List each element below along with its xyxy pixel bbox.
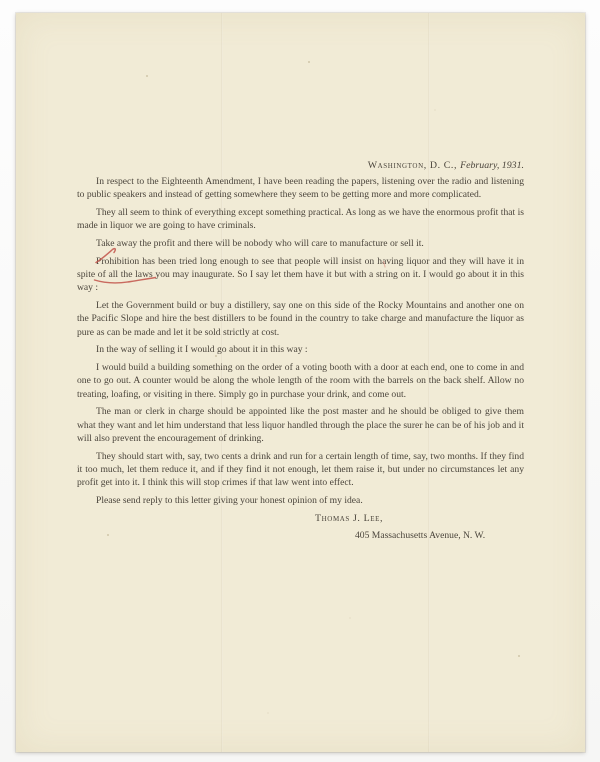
letter-paragraph: Take away the profit and there will be n… — [77, 237, 524, 250]
letter-paragraph: The man or clerk in charge should be app… — [77, 405, 524, 445]
letter-paragraph: Let the Government build or buy a distil… — [77, 299, 524, 339]
letter-paragraph: Prohibition has been tried long enough t… — [77, 255, 524, 295]
letter-paragraph: In the way of selling it I would go abou… — [77, 343, 524, 356]
letter-paragraph: In respect to the Eighteenth Amendment, … — [77, 175, 524, 201]
letter-paragraph: They should start with, say, two cents a… — [77, 450, 524, 490]
scan-background: Washington, D. C.,February, 1931. In res… — [0, 0, 600, 762]
letter-paragraph: I would build a building something on th… — [77, 361, 524, 401]
paper-speckles — [16, 13, 18, 15]
letter-paper: Washington, D. C.,February, 1931. In res… — [16, 13, 585, 752]
signature-name: Thomas J. Lee, — [315, 512, 524, 525]
letter-paragraph: They all seem to think of everything exc… — [77, 206, 524, 232]
letter-paragraph: Please send reply to this letter giving … — [77, 494, 524, 507]
signature-address: 405 Massachusetts Avenue, N. W. — [355, 529, 524, 542]
dateline-date: February, 1931. — [460, 160, 524, 171]
dateline: Washington, D. C.,February, 1931. — [77, 159, 524, 172]
letter-body: Washington, D. C.,February, 1931. In res… — [77, 159, 524, 543]
dateline-place: Washington, D. C., — [368, 160, 457, 171]
